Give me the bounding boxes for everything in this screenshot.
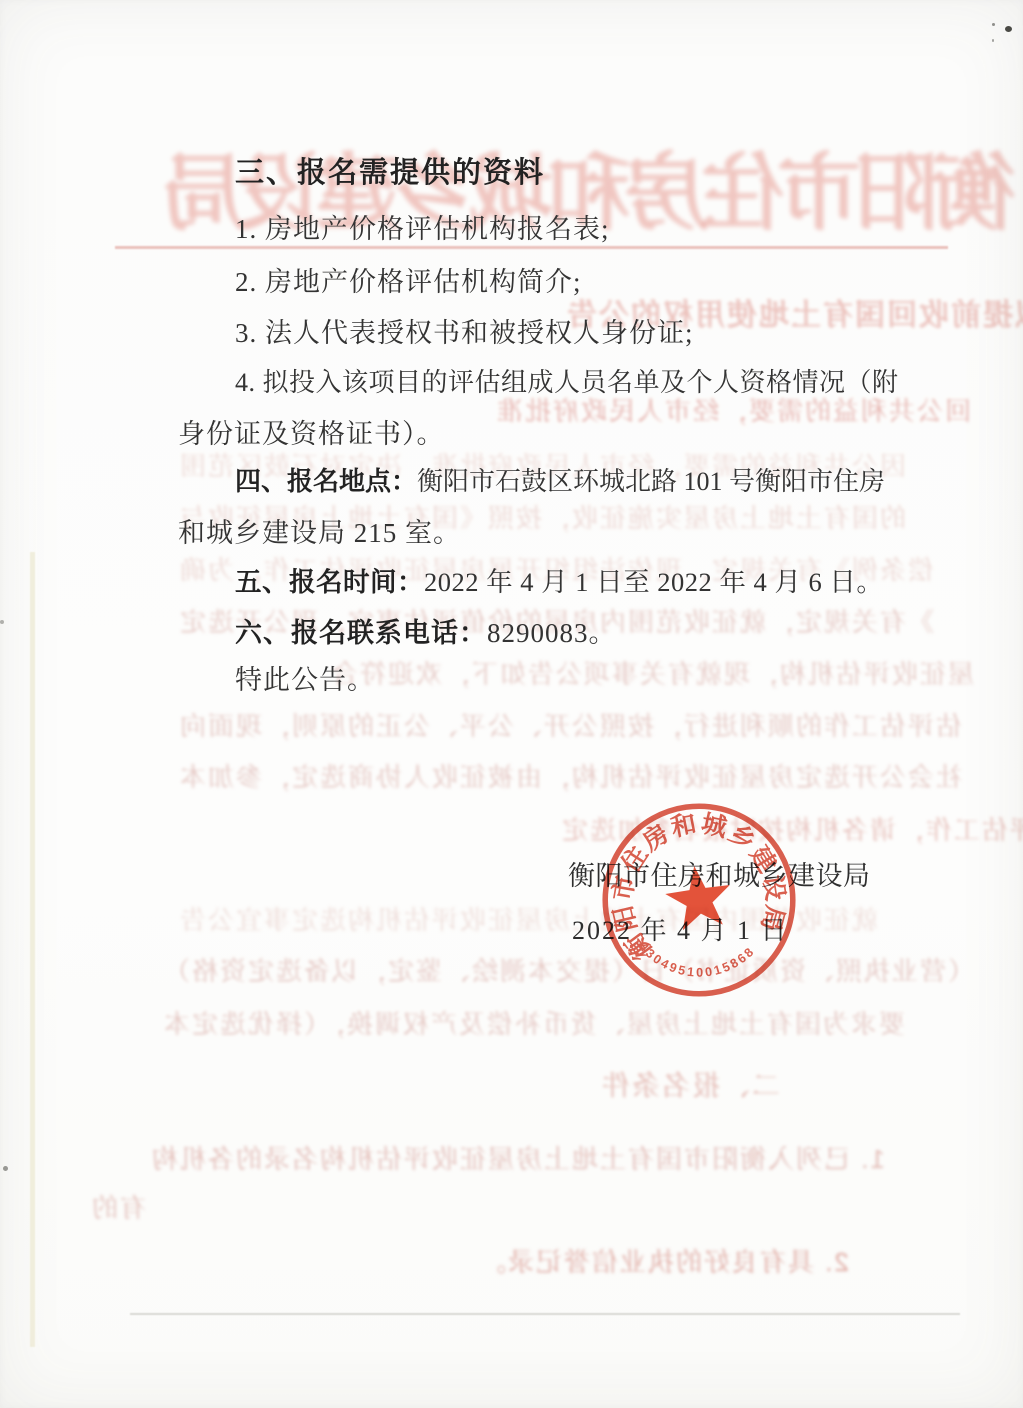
scan-speck — [0, 620, 4, 624]
bleedthrough-row: 社会公开选定房屋征收评估机构，由被征收人协商选定，参加本 — [178, 757, 962, 794]
scan-speck — [992, 23, 995, 26]
bleedthrough-row: 二、报名条件 — [600, 1064, 780, 1104]
bleedthrough-row: 1. 已列入衡阳市国有土地上房屋征收评估机构名录的各机构 — [150, 1139, 885, 1176]
seal-star-icon — [662, 862, 735, 932]
scanned-notice-page: 衡阳市住房和城乡建设局 拟提前收回国有土地使用权的公告 回公共利益的需要，经市人… — [0, 0, 1023, 1408]
list-item-3: 3. 法人代表授权书和被授权人身份证; — [235, 311, 694, 350]
scan-speck — [1005, 26, 1012, 32]
scan-speck — [992, 39, 994, 42]
bleedthrough-row: （营业执照、资质证书）日（提交本测绘、鉴定，以备选定资格） — [162, 951, 974, 988]
list-item-4-line1: 4. 拟投入该项目的评估组成人员名单及个人资格情况（附 — [235, 362, 899, 399]
section4-line: 四、报名地点：衡阳市石鼓区环城北路 101 号衡阳市住房 — [235, 461, 885, 498]
scan-speck — [3, 1166, 8, 1171]
list-item-4-line2: 身份证及资格证书）。 — [178, 412, 445, 451]
section5-line: 五、报名时间：2022 年 4 月 1 日至 2022 年 4 月 6 日。 — [235, 560, 883, 599]
bleedthrough-row: 有的 — [90, 1188, 146, 1225]
bleedthrough-row: 要求为国有土地上房屋、货币补偿及产权调换，（择优选定本 — [162, 1004, 905, 1041]
svg-text:43049510015868: 43049510015868 — [635, 925, 760, 989]
section3-heading: 三、报名需提供的资料 — [235, 150, 545, 191]
bleedthrough-row: 估评估工作的顺利进行，按照公开、公平、公正的原则，现面向 — [178, 706, 962, 743]
bleedthrough-red-divider — [115, 246, 948, 249]
scan-crease-stripe — [30, 552, 35, 1347]
section6-label: 六、报名联系电话： — [235, 618, 487, 648]
list-item-2: 2. 房地产价格评估机构简介; — [235, 260, 582, 299]
bleedthrough-row: 2. 具有良好的执业信誉记录。 — [478, 1242, 849, 1279]
bleedthrough-page-edge-line — [130, 1313, 960, 1315]
section4-label: 四、报名地点： — [235, 466, 417, 496]
section5-text: 2022 年 4 月 1 日至 2022 年 4 月 6 日。 — [424, 567, 883, 597]
section6-line: 六、报名联系电话：8290083。 — [235, 611, 617, 650]
bleedthrough-row: 屋征收评估机构，现就有关事项公告如下，欢迎符合 — [330, 654, 974, 691]
section4-text: 衡阳市石鼓区环城北路 101 号衡阳市住房 — [417, 467, 885, 496]
section4-continuation: 和城乡建设局 215 室。 — [178, 511, 461, 550]
seal-number: 43049510015868 — [635, 925, 760, 989]
section6-text: 8290083。 — [487, 618, 617, 648]
official-seal: 衡阳市住房和城乡建设局 43049510015868 — [562, 763, 835, 1036]
list-item-1: 1. 房地产价格评估机构报名表; — [235, 207, 610, 246]
closing-phrase: 特此公告。 — [235, 658, 375, 697]
section5-label: 五、报名时间： — [235, 567, 424, 597]
